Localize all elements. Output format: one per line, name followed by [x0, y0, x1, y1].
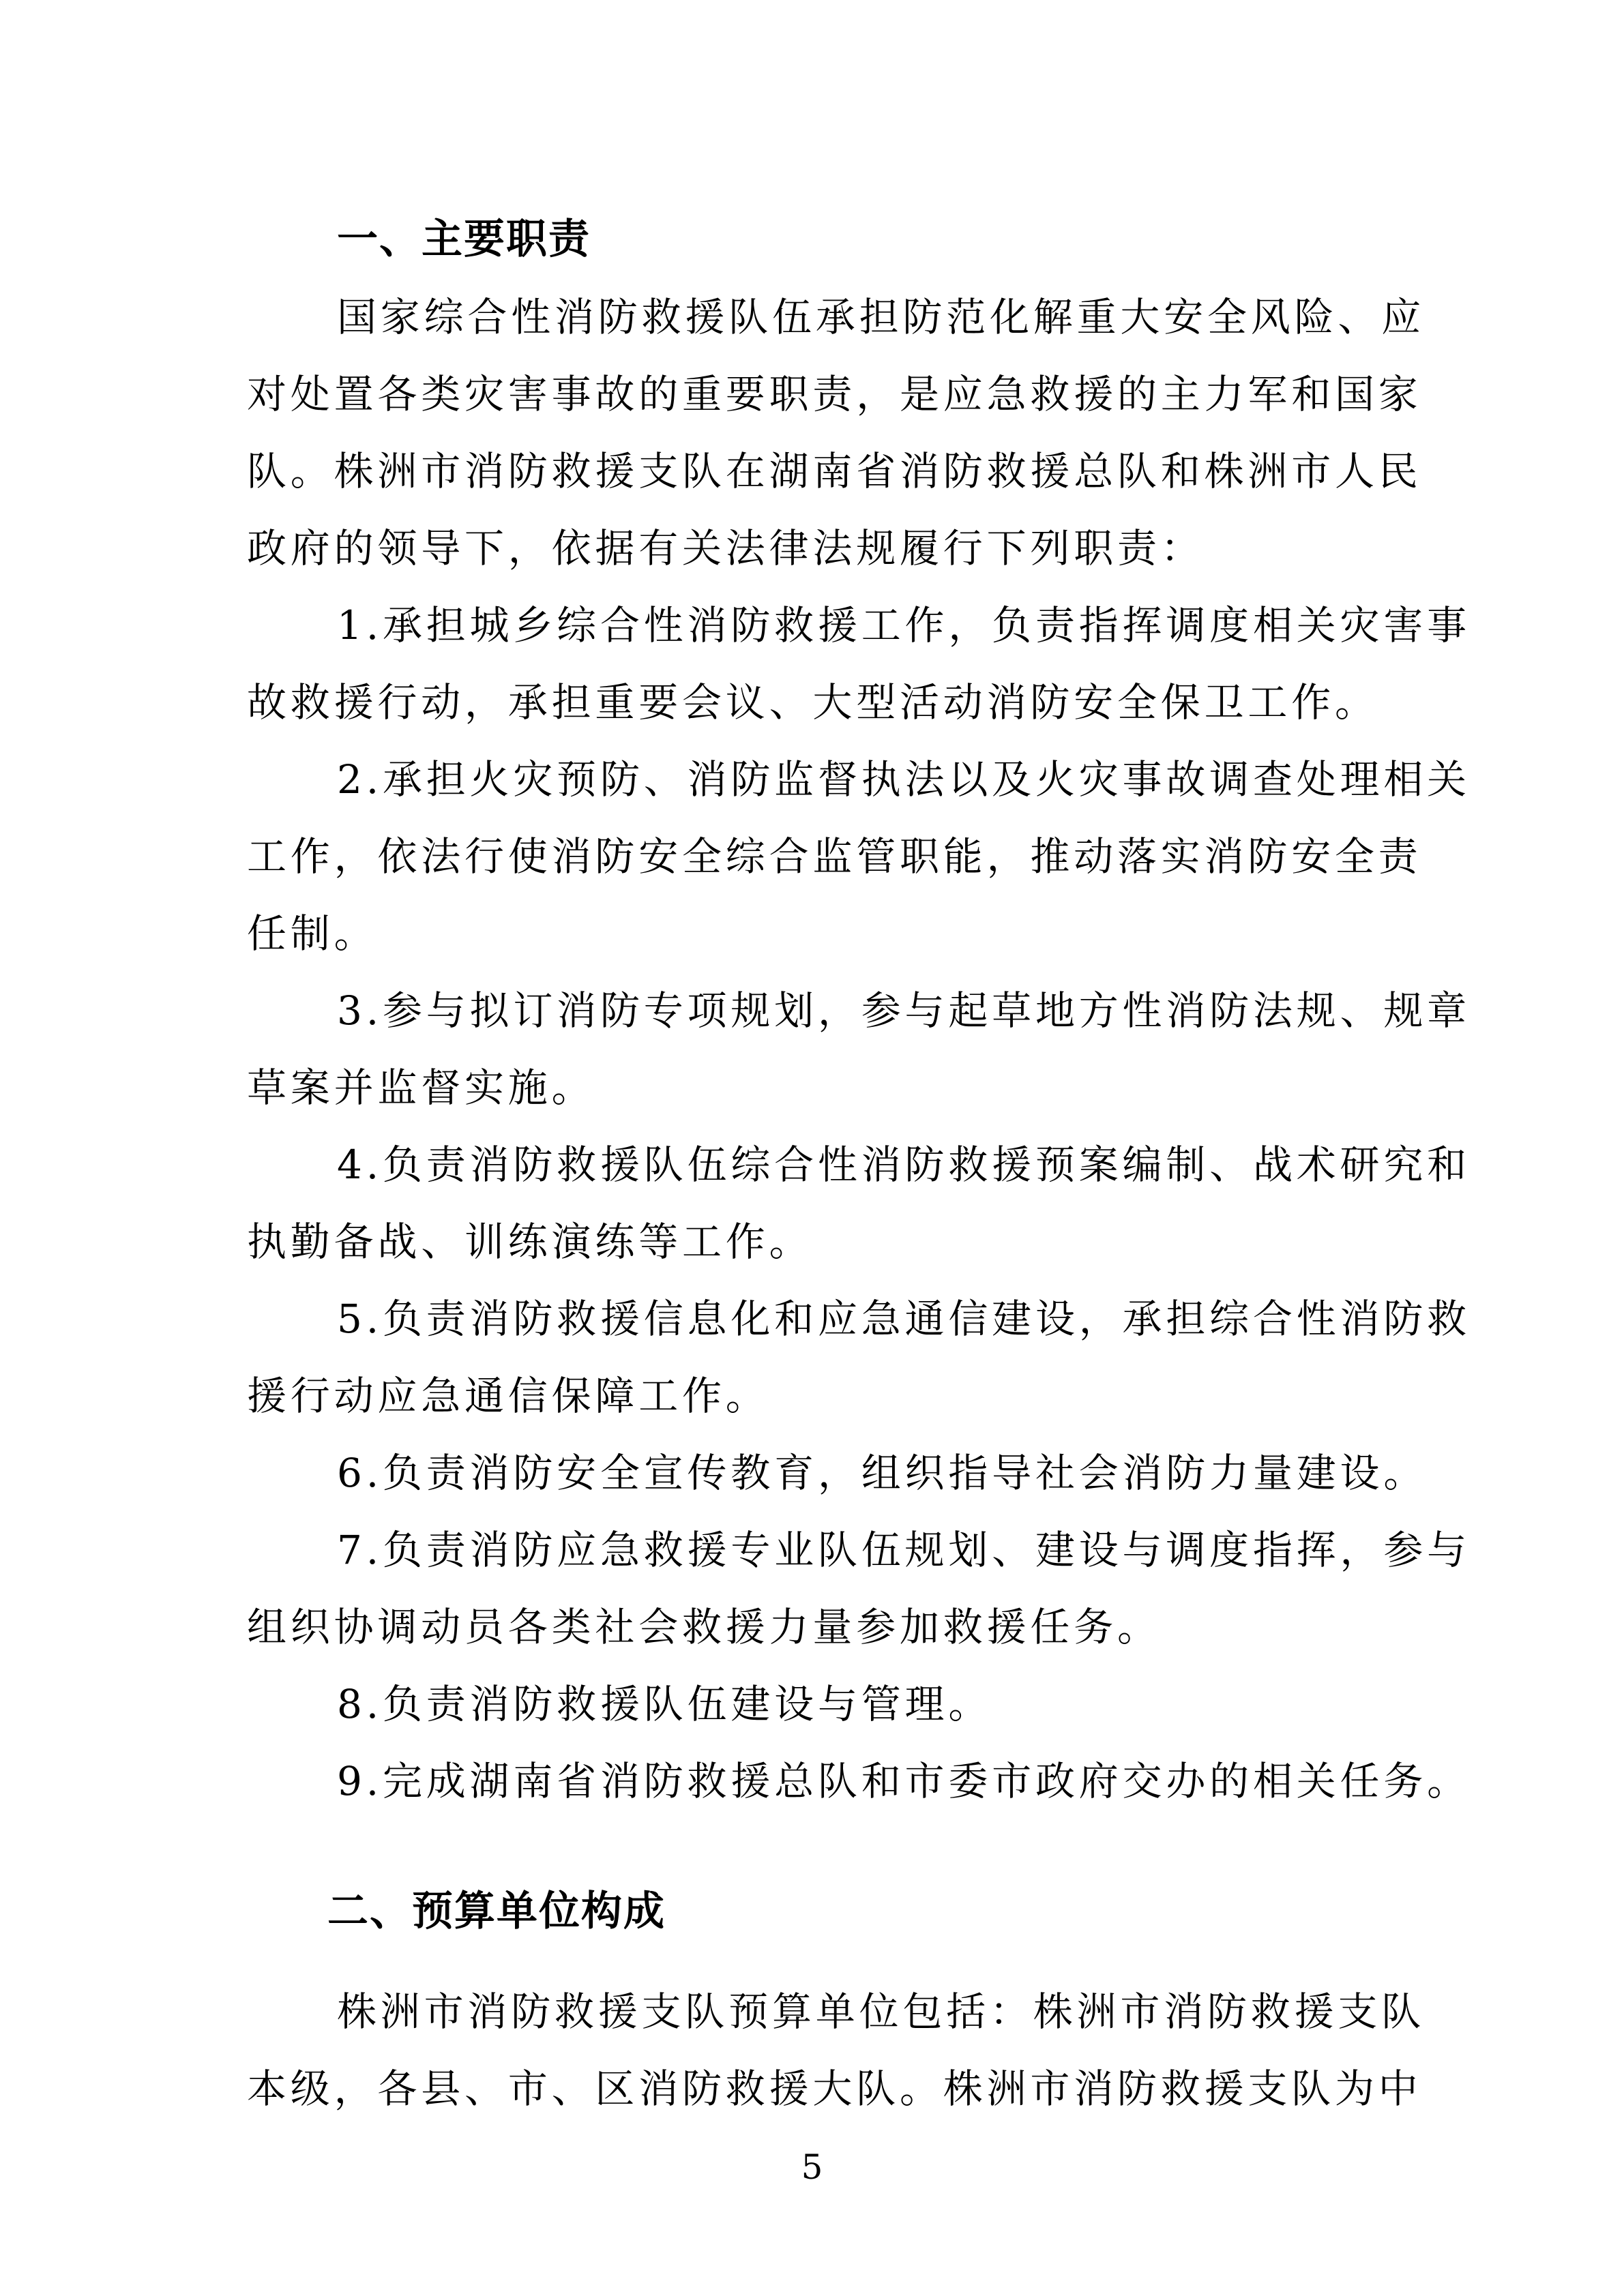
section-heading-budget-units: 二、预算单位构成 — [327, 1889, 666, 1934]
text-line: 故救援行动，承担重要会议、大型活动消防安全保卫工作。 — [247, 681, 1378, 724]
text-line: 队。株洲市消防救援支队在湖南省消防救援总队和株洲市人民 — [247, 449, 1422, 493]
text-line: 5.负责消防救援信息化和应急通信建设，承担综合性消防救 — [337, 1297, 1471, 1341]
text-line: 6.负责消防安全宣传教育，组织指导社会消防力量建设。 — [337, 1451, 1427, 1495]
text-line: 国家综合性消防救援队伍承担防范化解重大安全风险、应 — [337, 295, 1425, 339]
text-line: 7.负责消防应急救援专业队伍规划、建设与调度指挥，参与 — [337, 1528, 1471, 1572]
text-line: 1.承担城乡综合性消防救援工作，负责指挥调度相关灾害事 — [337, 603, 1471, 647]
text-line: 本级，各县、市、区消防救援大队。株洲市消防救援支队为中 — [247, 2067, 1422, 2111]
text-line: 执勤备战、训练演练等工作。 — [247, 1220, 812, 1264]
text-line: 对处置各类灾害事故的重要职责，是应急救援的主力军和国家 — [247, 372, 1422, 416]
text-line: 9.完成湖南省消防救援总队和市委市政府交办的相关任务。 — [337, 1759, 1471, 1803]
text-line: 组织协调动员各类社会救援力量参加救援任务。 — [247, 1605, 1161, 1649]
page-number: 5 — [0, 2148, 1624, 2186]
text-line: 4.负责消防救援队伍综合性消防救援预案编制、战术研究和 — [337, 1143, 1471, 1187]
text-line: 草案并监督实施。 — [247, 1066, 595, 1109]
text-line: 2.承担火灾预防、消防监督执法以及火灾事故调查处理相关 — [337, 758, 1471, 801]
text-line: 3.参与拟订消防专项规划，参与起草地方性消防法规、规章 — [337, 989, 1471, 1032]
text-line: 任制。 — [247, 912, 377, 955]
text-line: 株洲市消防救援支队预算单位包括：株洲市消防救援支队 — [337, 1990, 1425, 2033]
text-line: 政府的领导下，依据有关法律法规履行下列职责： — [247, 526, 1205, 570]
section-heading-main-duties: 一、主要职责 — [337, 217, 591, 262]
text-line: 8.负责消防救援队伍建设与管理。 — [337, 1682, 992, 1726]
text-line: 工作，依法行使消防安全综合监管职能，推动落实消防安全责 — [247, 835, 1422, 878]
text-line: 援行动应急通信保障工作。 — [247, 1374, 769, 1418]
